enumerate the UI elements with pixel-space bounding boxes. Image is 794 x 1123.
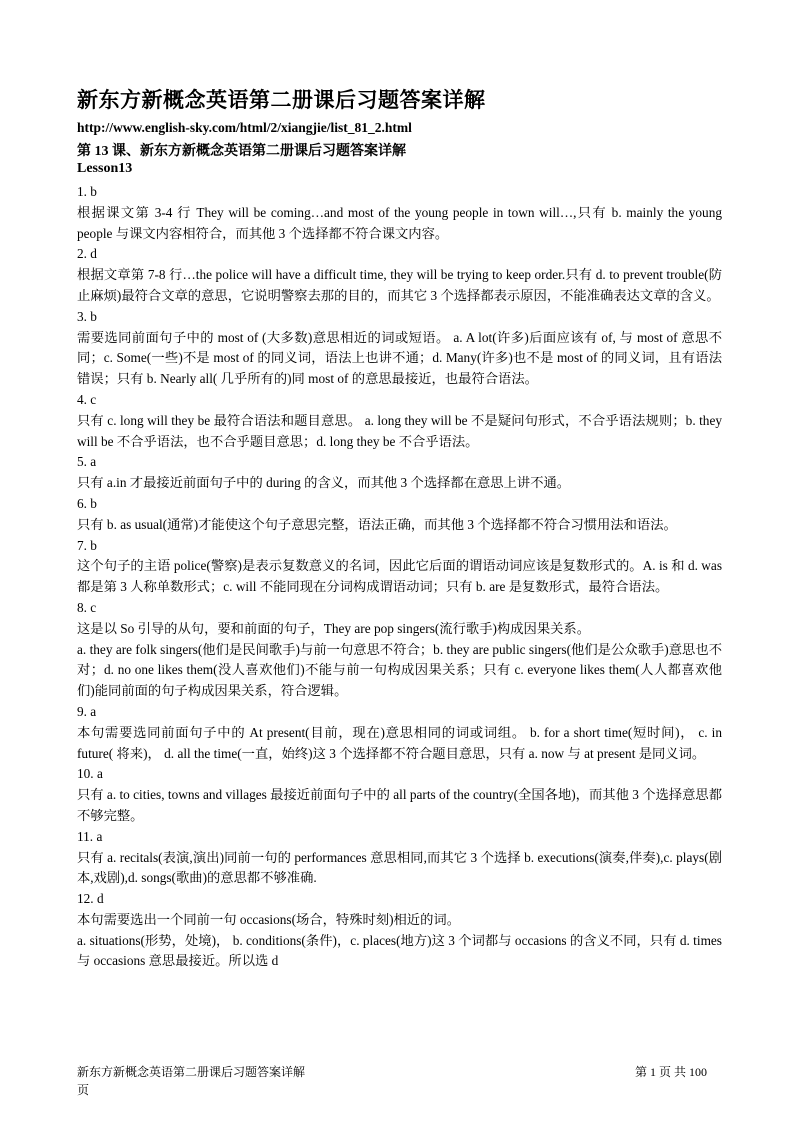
answer-number: 10. a [77,764,722,785]
answer-item-1: 1. b 根据课文第 3-4 行 They will be coming…and… [77,182,722,244]
lesson-heading: 第 13 课、新东方新概念英语第二册课后习题答案详解 [77,140,406,160]
footer-title: 新东方新概念英语第二册课后习题答案详解 [77,1063,305,1081]
answer-number: 5. a [77,452,722,473]
page-number: 第 1 页 共 100 [635,1063,707,1081]
answer-number: 12. d [77,889,722,910]
answer-explanation: 这是以 So 引导的从句，要和前面的句子，They are pop singer… [77,619,722,640]
answer-explanation: 只有 a. to cities, towns and villages 最接近前… [77,785,722,827]
answer-number: 3. b [77,307,722,328]
answer-number: 4. c [77,390,722,411]
answer-item-11: 11. a 只有 a. recitals(表演,演出)同前一句的 perform… [77,827,722,889]
answer-explanation: 根据课文第 3-4 行 They will be coming…and most… [77,203,722,245]
answer-number: 2. d [77,244,722,265]
answer-number: 1. b [77,182,722,203]
document-title: 新东方新概念英语第二册课后习题答案详解 [77,84,486,114]
answer-item-5: 5. a 只有 a.in 才最接近前面句子中的 during 的含义，而其他 3… [77,452,722,494]
answer-item-4: 4. c 只有 c. long will they be 最符合语法和题目意思。… [77,390,722,452]
answer-item-6: 6. b 只有 b. as usual(通常)才能使这个句子意思完整，语法正确，… [77,494,722,536]
answer-explanation: 只有 b. as usual(通常)才能使这个句子意思完整，语法正确，而其他 3… [77,515,722,536]
answer-explanation: 只有 a.in 才最接近前面句子中的 during 的含义，而其他 3 个选择都… [77,473,722,494]
answer-item-2: 2. d 根据文章第 7-8 行…the police will have a … [77,244,722,306]
answer-item-10: 10. a 只有 a. to cities, towns and village… [77,764,722,826]
answer-explanation: 本句需要选同前面句子中的 At present(目前，现在)意思相同的词或词组。… [77,723,722,765]
lesson-label: Lesson13 [77,161,132,177]
answer-number: 6. b [77,494,722,515]
document-page: 新东方新概念英语第二册课后习题答案详解 http://www.english-s… [0,0,794,1123]
answer-explanation: 这个句子的主语 police(警察)是表示复数意义的名词，因此它后面的谓语动词应… [77,556,722,598]
answer-number: 11. a [77,827,722,848]
footer-title-wrap: 页 [77,1081,89,1099]
source-url: http://www.english-sky.com/html/2/xiangj… [77,120,412,136]
answer-explanation: a. situations(形势，处境)， b. conditions(条件)，… [77,931,722,973]
answer-explanation: 需要选同前面句子中的 most of (大多数)意思相近的词或短语。 a. A … [77,328,722,390]
answers-list: 1. b 根据课文第 3-4 行 They will be coming…and… [77,182,722,972]
answer-number: 7. b [77,536,722,557]
answer-explanation: 根据文章第 7-8 行…the police will have a diffi… [77,265,722,307]
answer-explanation: 只有 c. long will they be 最符合语法和题目意思。 a. l… [77,411,722,453]
answer-item-12: 12. d 本句需要选出一个同前一句 occasions(场合，特殊时刻)相近的… [77,889,722,972]
answer-number: 9. a [77,702,722,723]
answer-number: 8. c [77,598,722,619]
answer-explanation: a. they are folk singers(他们是民间歌手)与前一句意思不… [77,640,722,702]
answer-item-9: 9. a 本句需要选同前面句子中的 At present(目前，现在)意思相同的… [77,702,722,764]
answer-item-8: 8. c 这是以 So 引导的从句，要和前面的句子，They are pop s… [77,598,722,702]
answer-explanation: 只有 a. recitals(表演,演出)同前一句的 performances … [77,848,722,890]
answer-explanation: 本句需要选出一个同前一句 occasions(场合，特殊时刻)相近的词。 [77,910,722,931]
answer-item-7: 7. b 这个句子的主语 police(警察)是表示复数意义的名词，因此它后面的… [77,536,722,598]
answer-item-3: 3. b 需要选同前面句子中的 most of (大多数)意思相近的词或短语。 … [77,307,722,390]
